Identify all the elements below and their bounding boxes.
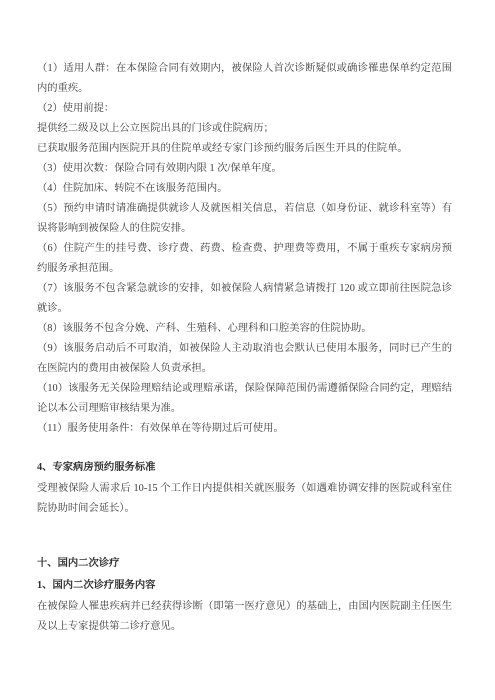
- paragraph: 已获取服务范围内医院开具的住院单或经专家门诊预约服务后医生开具的住院单。: [37, 139, 452, 159]
- paragraph: 在被保险人罹患疾病并已经获得诊断（即第一医疗意见）的基础上，由国内医院副主任医生…: [37, 597, 452, 637]
- paragraph: （2）使用前提：: [37, 99, 452, 119]
- document-page: （1）适用人群：在本保险合同有效期内，被保险人首次诊断疑似或确诊罹患保单约定范围…: [0, 0, 495, 700]
- paragraph: （9）该服务启动后不可取消，如被保险人主动取消也会默认已使用本服务，同时已产生的…: [37, 339, 452, 379]
- paragraph: （3）使用次数：保险合同有效期内限 1 次/保单年度。: [37, 159, 452, 179]
- paragraph: （11）服务使用条件：有效保单在等待期过后可使用。: [37, 419, 452, 439]
- paragraph: （10）该服务无关保险理赔结论或理赔承诺，保险保障范围仍需遵循保险合同约定，理赔…: [37, 379, 452, 419]
- paragraph: （4）住院加床、转院不在该服务范围内。: [37, 179, 452, 199]
- paragraph: （1）适用人群：在本保险合同有效期内，被保险人首次诊断疑似或确诊罹患保单约定范围…: [37, 59, 452, 99]
- paragraph: 受理被保险人需求后 10-15 个工作日内提供相关就医服务（如遇难协调安排的医院…: [37, 479, 452, 519]
- document-body: （1）适用人群：在本保险合同有效期内，被保险人首次诊断疑似或确诊罹患保单约定范围…: [37, 59, 452, 637]
- section-heading: 4、专家病房预约服务标准: [37, 457, 452, 479]
- paragraph: 提供经二级及以上公立医院出具的门诊或住院病历；: [37, 119, 452, 139]
- paragraph: （6）住院产生的挂号费、诊疗费、药费、检查费、护理费等费用，不属于重疾专家病房预…: [37, 239, 452, 279]
- section-heading: 十、国内二次诊疗: [37, 553, 452, 575]
- paragraph: （7）该服务不包含紧急就诊的安排，如被保险人病情紧急请拨打 120 或立即前往医…: [37, 279, 452, 319]
- paragraph: （5）预约申请时请准确提供就诊人及就医相关信息，若信息（如身份证、就诊科室等）有…: [37, 199, 452, 239]
- paragraph: （8）该服务不包含分娩、产科、生殖科、心理科和口腔美容的住院协助。: [37, 319, 452, 339]
- section-heading: 1、国内二次诊疗服务内容: [37, 575, 452, 597]
